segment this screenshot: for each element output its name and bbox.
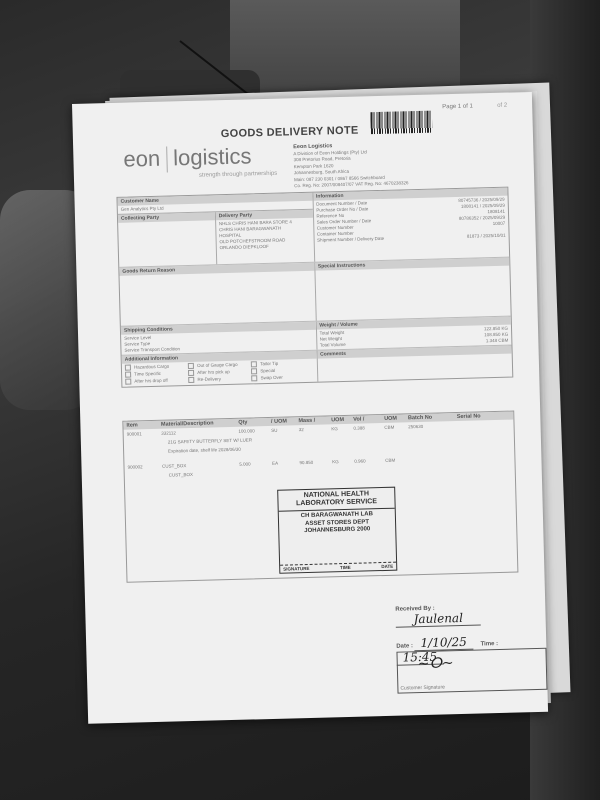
collecting-party-label: Collecting Party (118, 212, 215, 223)
company-line: Kempton Park 1620 (294, 163, 334, 169)
logo-word-logistics: logistics (173, 143, 252, 170)
signature-scribble: ~ⵔ~ (418, 655, 454, 672)
company-logo: eonlogistics (123, 143, 252, 174)
customer-section: Customer Name Gen Analytics Pty Ltd Coll… (117, 193, 314, 267)
stamp-time-label: TIME (340, 565, 351, 570)
logo-separator (166, 147, 168, 173)
top-section: Customer Name Gen Analytics Pty Ltd Coll… (117, 188, 509, 268)
page-indicator: Page 1 of 1 (442, 104, 473, 111)
additional-check-item: After hrs drop off (125, 377, 187, 385)
company-line: 308 Pretorius Road, Pretoria (293, 156, 350, 162)
stamp-signature-label: SIGNATURE (283, 566, 309, 572)
barcode (370, 111, 433, 135)
information-section: Information Document Number / Date807457… (313, 188, 509, 262)
column-header: Vol / (353, 416, 378, 423)
stamp-date-label: DATE (381, 564, 393, 569)
column-header: Mass / (298, 417, 325, 424)
column-header: Item (126, 422, 155, 429)
column-header: Batch No (408, 414, 451, 421)
logo-word-eon: eon (123, 146, 160, 172)
items-table-body: 900001332112100.000SU32KG0.388CBM2506302… (124, 420, 515, 481)
column-header: / UOM (271, 418, 293, 425)
document-title: GOODS DELIVERY NOTE (221, 125, 359, 141)
stamp-line: LABORATORY SERVICE (280, 498, 392, 509)
nhls-stamp: NATIONAL HEALTH LABORATORY SERVICE CH BA… (277, 487, 397, 574)
company-line: Johannesburg, South Africa (294, 169, 349, 175)
tagline: strength through partnerships (199, 171, 278, 179)
delivery-party-value: NHLS CHRIS HANI BARA STORE 4 CHRIS HANI … (216, 218, 314, 253)
return-section: Goods Return Reason Special Instructions (119, 258, 510, 327)
company-address: Eeon Logistics A Division of Eeon Holdin… (293, 141, 408, 189)
time-label: Time : (480, 641, 498, 647)
column-header: UOM (384, 415, 402, 421)
page-indicator-back: of 2 (497, 103, 507, 109)
company-line: A Division of Eeon Holdings (Pty) Ltd (293, 149, 367, 156)
date-label: Date : (396, 643, 413, 649)
column-header: UOM (331, 417, 347, 423)
additional-check-item: Re-Delivery (188, 376, 250, 384)
customer-signature-box: ~ⵔ~ Customer Signature (396, 648, 547, 694)
goods-delivery-note: Page 1 of 1 of 2 GOODS DELIVERY NOTE eon… (72, 92, 548, 724)
header-grid: Customer Name Gen Analytics Pty Ltd Coll… (116, 187, 513, 388)
column-header: Qty (238, 419, 265, 426)
information-rows: Document Number / Date80745736 / 2025/09… (313, 196, 509, 245)
date-value: 1/10/25 (414, 635, 473, 652)
stamp-line: JOHANNESBURG 2000 (279, 526, 395, 537)
additional-check-item: Swap Over (252, 374, 314, 382)
additional-checkboxes: Hazardous CargoOut of Gauge CargoTailor … (122, 359, 317, 387)
received-by-value: Jaulenal (395, 610, 481, 627)
customer-signature-label: Customer Signature (400, 684, 445, 691)
